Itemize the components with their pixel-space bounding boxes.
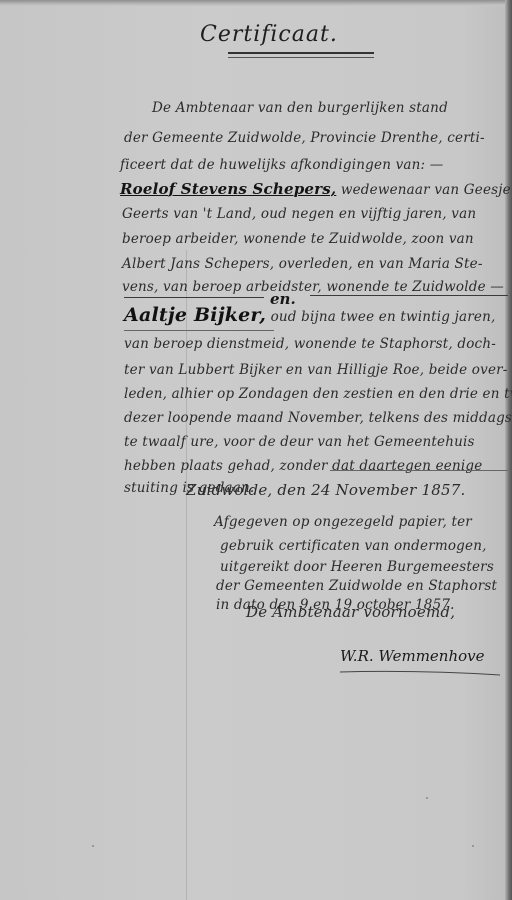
annotation-line-2: gebruik certificaten van ondermogen, <box>220 538 487 554</box>
groom-name: Roelof Stevens Schepers, <box>120 180 336 198</box>
body-line-2: der Gemeente Zuidwolde, Provincie Drenth… <box>124 130 485 146</box>
annotation-line-1: Afgegeven op ongezegeld papier, ter <box>214 514 472 530</box>
body-line-7: Albert Jans Schepers, overleden, en van … <box>122 256 483 272</box>
body-line-6: beroep arbeider, wonende te Zuidwolde, z… <box>122 231 474 247</box>
document-title: Certificaat. <box>200 22 338 47</box>
body-line-14: te twaalf ure, voor de deur van het Geme… <box>124 434 475 450</box>
body-line-12: leden, alhier op Zondagen den zestien en… <box>124 386 512 402</box>
bride-name: Aaltje Bijker, <box>124 304 266 326</box>
official-title: De Ambtenaar voornoemd, <box>246 603 455 621</box>
body-line-15: hebben plaats gehad, zonder dat daartege… <box>124 458 482 474</box>
closing-rule <box>330 470 508 471</box>
place-date: Zuidwolde, den 24 November 1857. <box>186 481 465 499</box>
paper-speck <box>426 797 428 799</box>
body-line-8: vens, van beroep arbeidster, wonende te … <box>122 279 504 295</box>
signature: W.R. Wemmenhove <box>340 647 485 665</box>
title-underline <box>228 52 374 58</box>
paper-speck <box>472 845 474 847</box>
bride-line: Aaltje Bijker, oud bijna twee en twintig… <box>124 304 495 326</box>
body-line-3: ficeert dat de huwelijks afkondigingen v… <box>120 157 444 173</box>
separator-rule-left <box>124 297 264 298</box>
page-top-edge <box>0 0 512 6</box>
annotation-line-4: der Gemeenten Zuidwolde en Staphorst <box>216 578 497 594</box>
body-line-11: ter van Lubbert Bijker en van Hilligje R… <box>124 362 508 378</box>
document-page: Certificaat. De Ambtenaar van den burger… <box>0 0 512 900</box>
bride-line-rest: oud bijna twee en twintig jaren, <box>271 309 496 325</box>
body-line-10: van beroep dienstmeid, wonende te Stapho… <box>124 336 496 352</box>
annotation-line-3: uitgereikt door Heeren Burgemeesters <box>220 559 494 575</box>
separator-rule-right <box>310 295 508 296</box>
groom-line-rest: wedewenaar van Geesje <box>341 182 511 198</box>
signature-flourish <box>340 668 500 678</box>
page-binding-edge <box>505 0 512 900</box>
body-line-13: dezer loopende maand November, telkens d… <box>124 410 512 426</box>
body-line-5: Geerts van 't Land, oud negen en vijftig… <box>122 206 476 222</box>
paper-speck <box>92 845 94 847</box>
body-line-1: De Ambtenaar van den burgerlijken stand <box>152 100 448 116</box>
groom-line: Roelof Stevens Schepers, wedewenaar van … <box>120 180 511 198</box>
bride-name-underline <box>124 330 274 331</box>
